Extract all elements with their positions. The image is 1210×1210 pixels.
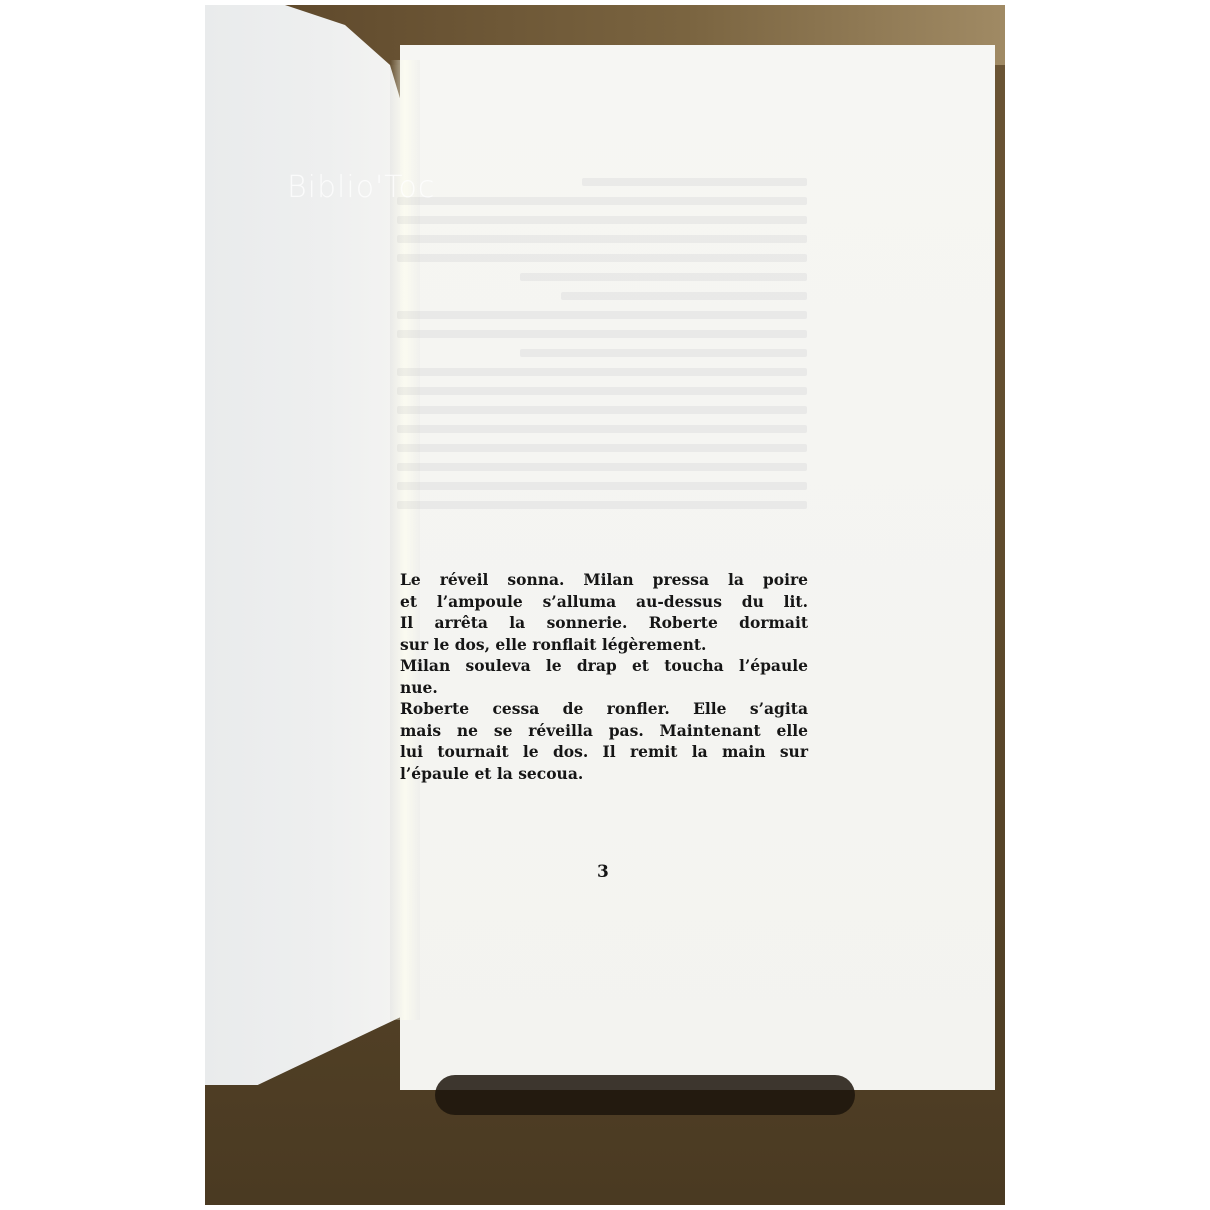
text-line: nue. bbox=[400, 677, 808, 699]
text-line: mais ne se réveilla pas. Maintenant elle bbox=[400, 720, 808, 742]
watermark-logo: Biblio'Toc bbox=[287, 170, 435, 205]
text-line: Milan souleva le drap et toucha l’épaule bbox=[400, 655, 808, 677]
paragraph-2: Roberte cessa de ronfler. Elle s’agita m… bbox=[400, 698, 808, 784]
bookmark-ribbon bbox=[435, 1075, 855, 1115]
paragraph-1: Le réveil sonna. Milan pressa la poire e… bbox=[400, 569, 808, 698]
text-line: Le réveil sonna. Milan pressa la poire bbox=[400, 569, 808, 591]
text-line: lui tournait le dos. Il remit la main su… bbox=[400, 741, 808, 763]
bleed-through-text bbox=[397, 178, 807, 520]
left-page bbox=[205, 5, 405, 1085]
page-number: 3 bbox=[597, 862, 609, 882]
text-line: l’épaule et la secoua. bbox=[400, 763, 808, 785]
text-line: et l’ampoule s’alluma au-dessus du lit. bbox=[400, 591, 808, 613]
text-line: Il arrêta la sonnerie. Roberte dormait bbox=[400, 612, 808, 634]
page-text: Le réveil sonna. Milan pressa la poire e… bbox=[400, 569, 808, 784]
text-line: sur le dos, elle ronflait légèrement. bbox=[400, 634, 808, 656]
text-line: Roberte cessa de ronfler. Elle s’agita bbox=[400, 698, 808, 720]
